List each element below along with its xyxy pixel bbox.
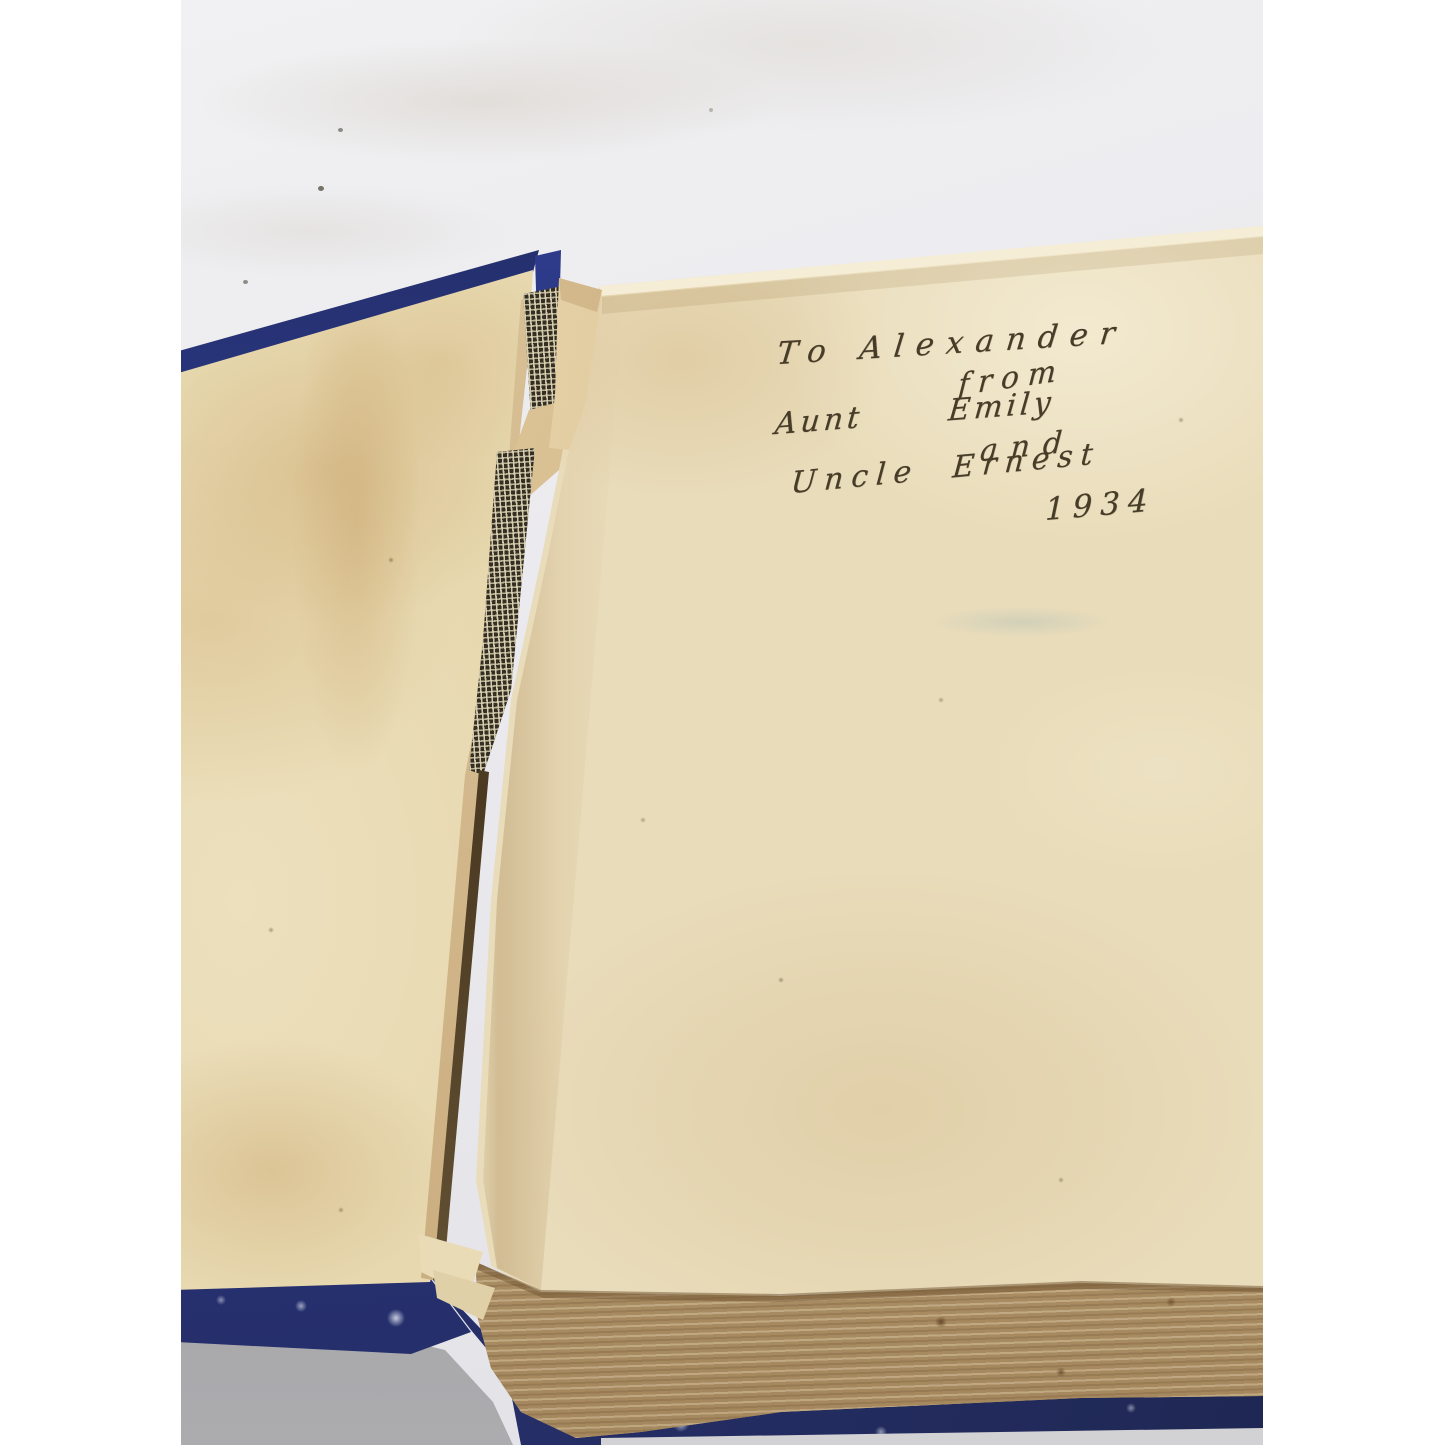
book-photo: To Alexander from Aunt Emily and Uncle E… bbox=[181, 0, 1263, 1445]
inscription-line-recipient: To Alexander bbox=[775, 314, 1129, 372]
product-photo-canvas: To Alexander from Aunt Emily and Uncle E… bbox=[0, 0, 1445, 1445]
inscription: To Alexander from Aunt Emily and Uncle E… bbox=[181, 0, 1263, 1445]
inscription-line-year: 1934 bbox=[1045, 482, 1156, 528]
